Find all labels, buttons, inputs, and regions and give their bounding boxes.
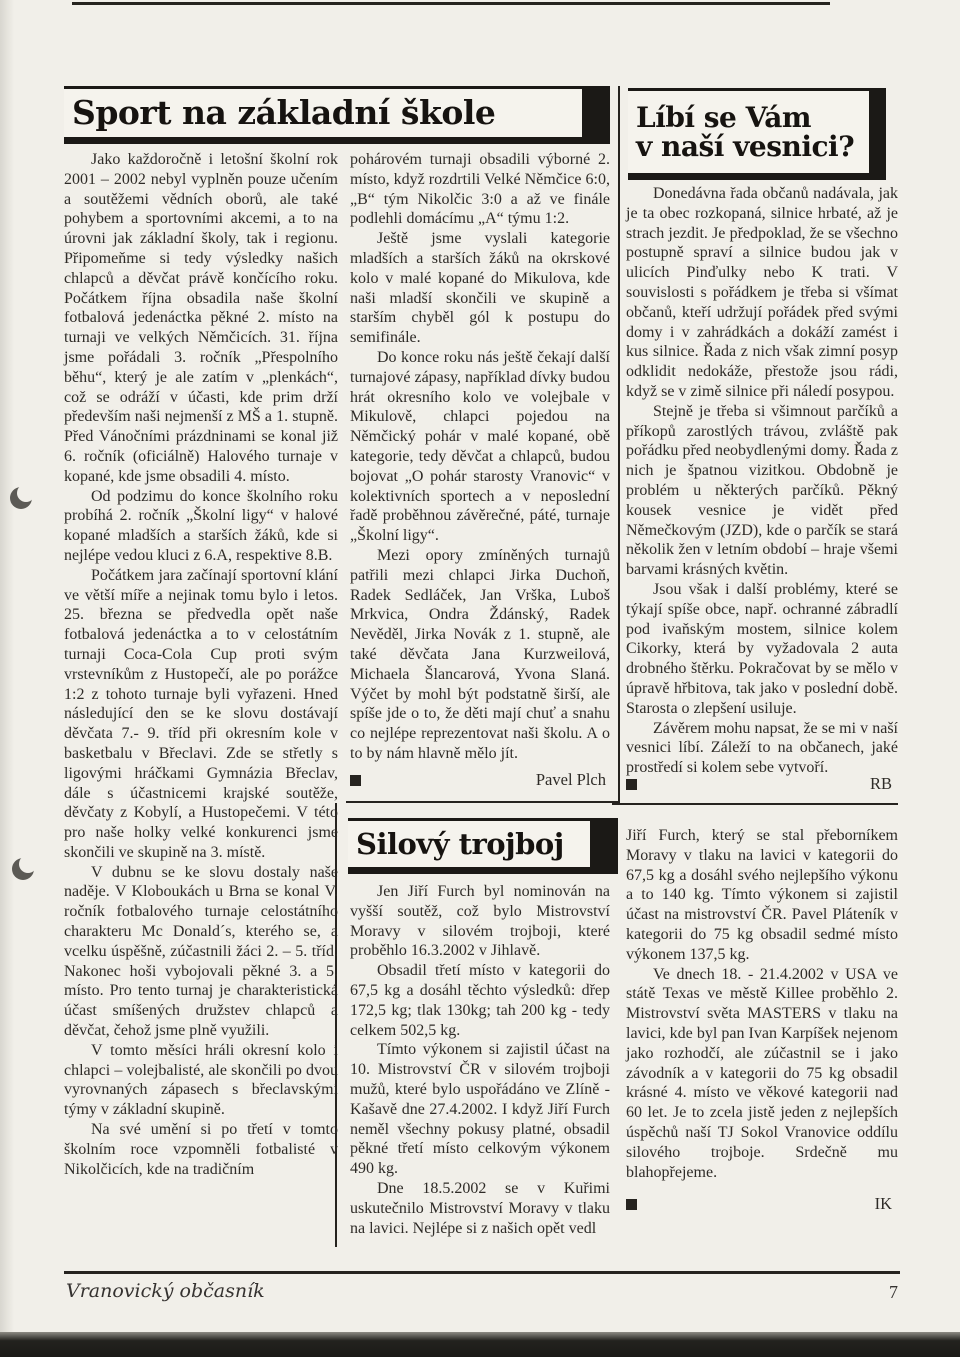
page-number: 7 (889, 1282, 898, 1303)
article-headline-libi: Líbí se Vám v naší vesnici? (628, 88, 886, 180)
paragraph: Jsou však i další problémy, které se týk… (626, 580, 898, 719)
silovy-article-column-1: Jen Jiří Furch byl nominován na vyšší so… (350, 882, 610, 1238)
paragraph: Mezi opory zmíněných turnajů patřili mez… (350, 546, 610, 764)
paragraph: Jen Jiří Furch byl nominován na vyšší so… (350, 882, 610, 961)
sport-article-column-2: pohárovém turnaji obsadili výborné 2. mí… (350, 150, 610, 764)
paragraph: Obsadil třetí místo v kategorii do 67,5 … (350, 961, 610, 1040)
newsletter-scan-page: { "page": { "footer_left": "Vranovický o… (0, 0, 960, 1357)
paragraph: Počátkem jara začínají sportovní klání v… (64, 566, 338, 863)
end-of-article-square-icon (350, 775, 361, 786)
sport-article-column-1: Jako každoročně i letošní školní rok 200… (64, 150, 338, 1179)
paragraph: Dne 18.5.2002 se v Kuřimi uskutečnilo Mi… (350, 1179, 610, 1238)
author-initials: RB (870, 774, 892, 794)
scan-top-edge-line (72, 2, 830, 5)
paragraph: pohárovém turnaji obsadili výborné 2. mí… (350, 150, 610, 229)
paragraph: Donedávna řada občanů nadávala, jak je t… (626, 184, 898, 402)
paragraph: V dubnu se ke slovu dostaly naše naděje.… (64, 863, 338, 1041)
headline-text: Silový trojboj (348, 829, 564, 859)
footer-rule (64, 1271, 900, 1274)
section-divider (612, 803, 898, 805)
punch-hole (12, 858, 34, 880)
paragraph: Závěrem mohu napsat, že se mi v naší ves… (626, 719, 898, 778)
paragraph: V tomto měsíci hráli okresní kolo i chla… (64, 1041, 338, 1120)
author-initials: IK (875, 1194, 892, 1214)
paragraph: Jako každoročně i letošní školní rok 200… (64, 150, 338, 487)
end-of-article-square-icon (626, 779, 637, 790)
article-headline-sport: Sport na základní škole (64, 86, 610, 144)
silovy-article-column-2: Jiří Furch, který se stal přeborníkem Mo… (626, 826, 898, 1182)
end-of-article-square-icon (626, 1199, 637, 1210)
paragraph: Ještě jsme vyslali kategorie mladších a … (350, 229, 610, 348)
headline-end-bar (582, 89, 610, 137)
paragraph: Jiří Furch, který se stal přeborníkem Mo… (626, 826, 898, 965)
article-headline-silovy: Silový trojboj (348, 818, 618, 874)
headline-text: Líbí se Vám v naší vesnici? (628, 103, 854, 162)
headline-end-bar (869, 91, 886, 173)
headline-text: Sport na základní škole (64, 96, 495, 131)
author-name: Pavel Plch (536, 770, 606, 790)
newsletter-title: Vranovický občasník (66, 1280, 265, 1302)
paragraph: Stejně je třeba si všimnout parčíků a př… (626, 402, 898, 580)
section-divider (346, 801, 618, 803)
paragraph: Tímto výkonem si zajistil účast na 10. M… (350, 1040, 610, 1179)
column-divider (618, 86, 620, 803)
scan-bottom-edge (0, 1332, 960, 1357)
paragraph: Na své umění si po třetí v tomto školním… (64, 1120, 338, 1179)
paragraph: Ve dnech 18. - 21.4.2002 v USA ve státě … (626, 965, 898, 1183)
scan-left-edge (0, 0, 14, 1332)
headline-end-bar (590, 821, 618, 867)
silovy-article-signature: IK (626, 1194, 892, 1214)
punch-hole (10, 487, 32, 509)
libi-article-column: Donedávna řada občanů nadávala, jak je t… (626, 184, 898, 778)
sport-article-signature: Pavel Plch (350, 770, 606, 790)
paragraph: Do konce roku nás ještě čekají další tur… (350, 348, 610, 546)
paragraph: Od podzimu do konce školního roku probíh… (64, 487, 338, 566)
libi-article-signature: RB (626, 774, 892, 794)
headline-line-1: Líbí se Vám (636, 101, 811, 134)
headline-line-2: v naší vesnici? (636, 130, 854, 163)
